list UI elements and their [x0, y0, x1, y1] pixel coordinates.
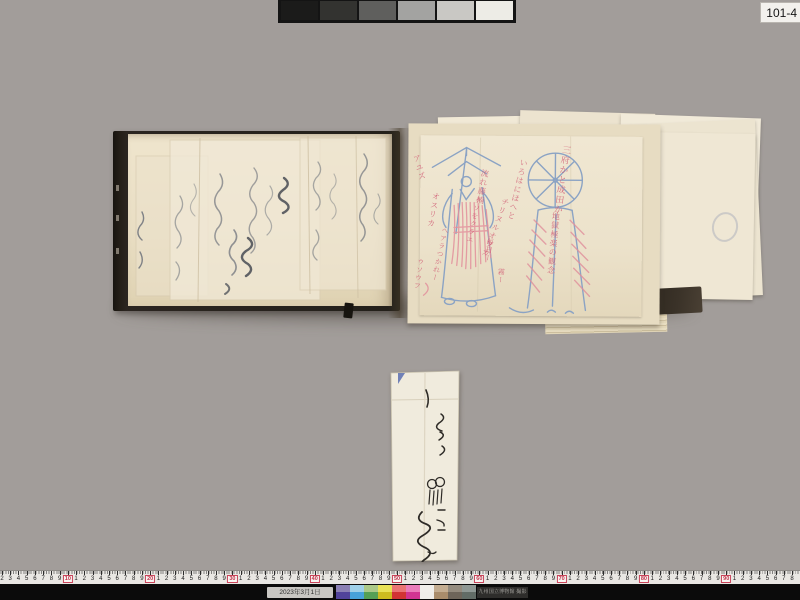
paper-slip [388, 370, 462, 562]
ruler-decade-number: 90 [721, 575, 731, 583]
ruler-number: 5 [272, 575, 275, 583]
ruler-number: 8 [544, 575, 547, 583]
ruler-number: 8 [50, 575, 53, 583]
binding-stitch [116, 215, 119, 221]
binding-stitch [116, 185, 119, 191]
ruler-number: 2 [576, 575, 579, 583]
catalog-number-label: 101-4 [760, 2, 800, 23]
ruler-number: 6 [692, 575, 695, 583]
gray-patch [359, 1, 396, 20]
color-patch-column [350, 585, 364, 599]
ruler-number: 5 [683, 575, 686, 583]
bottom-info-strip: 2023年3月1日 九州国立博物館 撮影 [0, 584, 800, 600]
ruler-number: 7 [535, 575, 538, 583]
ruler-number: 3 [420, 575, 423, 583]
ruler-number: 3 [667, 575, 670, 583]
ruler-number: 6 [609, 575, 612, 583]
ruler-number: 6 [527, 575, 530, 583]
ruler-decade-number: 10 [63, 575, 73, 583]
ruler-number: 9 [140, 575, 143, 583]
figure-sketches [419, 135, 642, 317]
drawing-sheet [419, 135, 642, 317]
ruler-number: 1 [650, 575, 653, 583]
color-patch-column [420, 585, 434, 599]
ruler-number: 8 [626, 575, 629, 583]
ruler-number: 1 [733, 575, 736, 583]
spine-clip [343, 303, 354, 319]
ruler-number: 5 [601, 575, 604, 583]
ruler-number: 6 [445, 575, 448, 583]
color-patch-column [378, 585, 392, 599]
ruler-decade-number: 70 [557, 575, 567, 583]
ruler-number: 4 [757, 575, 760, 583]
photograph-stage: 101-4 [0, 0, 800, 600]
ruler-number: 6 [280, 575, 283, 583]
ruler-number: 2 [741, 575, 744, 583]
ruler-number: 7 [453, 575, 456, 583]
ruler-number: 6 [33, 575, 36, 583]
ruler-number: 3 [502, 575, 505, 583]
ruler-number: 2 [0, 575, 3, 583]
figure-left [431, 147, 534, 312]
ruler-decade-number: 40 [310, 575, 320, 583]
ruler-number: 4 [17, 575, 20, 583]
ruler-number: 7 [782, 575, 785, 583]
binding-stitch [116, 248, 119, 254]
museum-credit-label: 九州国立博物館 撮影 [477, 587, 528, 598]
ruler-number: 2 [165, 575, 168, 583]
ruler-number: 5 [766, 575, 769, 583]
gray-patch [437, 1, 474, 20]
gray-patch [476, 1, 513, 20]
left-page [128, 134, 392, 306]
ruler-number: 3 [749, 575, 752, 583]
ruler-number: 2 [83, 575, 86, 583]
ruler-number: 4 [99, 575, 102, 583]
color-patch-column [434, 585, 448, 599]
ruler-decade-number: 30 [227, 575, 237, 583]
ruler-number: 7 [124, 575, 127, 583]
ruler-number: 6 [198, 575, 201, 583]
ruler-number: 1 [239, 575, 242, 583]
ruler-number: 8 [708, 575, 711, 583]
gray-patch [281, 1, 318, 20]
date-label: 2023年3月1日 [267, 587, 333, 598]
ruler-number: 4 [593, 575, 596, 583]
ruler-number: 4 [428, 575, 431, 583]
millimeter-ticks [0, 571, 800, 574]
ruler-number: 9 [387, 575, 390, 583]
ruler-number: 7 [288, 575, 291, 583]
color-patch-column [364, 585, 378, 599]
ruler-number: 1 [486, 575, 489, 583]
ruler-number: 2 [412, 575, 415, 583]
ruler-number: 7 [618, 575, 621, 583]
ruler-number: 9 [634, 575, 637, 583]
ruler-decade-number: 50 [392, 575, 402, 583]
ruler-decade-number: 60 [474, 575, 484, 583]
ruler-number: 9 [469, 575, 472, 583]
ruler-number: 2 [494, 575, 497, 583]
ruler-number: 1 [321, 575, 324, 583]
ruler-number: 7 [206, 575, 209, 583]
color-patch-column [406, 585, 420, 599]
ruler-number: 4 [181, 575, 184, 583]
ruler-number: 8 [461, 575, 464, 583]
ruler-decade-number: 80 [639, 575, 649, 583]
ruler-number: 4 [264, 575, 267, 583]
color-patch-column [462, 585, 476, 599]
ruler-number: 1 [404, 575, 407, 583]
ruler-number: 4 [346, 575, 349, 583]
color-calibration-bar [336, 585, 476, 599]
left-page-calligraphy [128, 134, 392, 306]
color-patch-column [336, 585, 350, 599]
ruler-number: 5 [519, 575, 522, 583]
ruler-number: 8 [790, 575, 793, 583]
ruler-number: 1 [568, 575, 571, 583]
ruler-number: 5 [25, 575, 28, 583]
ruler-number: 9 [305, 575, 308, 583]
ruler-number: 3 [255, 575, 258, 583]
figure-right [527, 153, 586, 313]
ruler-number: 1 [74, 575, 77, 583]
ruler-number: 3 [585, 575, 588, 583]
color-patch-column [392, 585, 406, 599]
scale-ruler: 2345678910123456789201234567893012345678… [0, 570, 800, 584]
ruler-number: 6 [116, 575, 119, 583]
ruler-number: 3 [9, 575, 12, 583]
ruler-number: 9 [58, 575, 61, 583]
ruler-number: 8 [379, 575, 382, 583]
ruler-number: 7 [371, 575, 374, 583]
color-patch-column [448, 585, 462, 599]
ruler-number: 5 [437, 575, 440, 583]
ruler-number: 9 [552, 575, 555, 583]
ruler-number: 2 [330, 575, 333, 583]
ruler-number: 9 [716, 575, 719, 583]
ruler-number: 6 [774, 575, 777, 583]
grayscale-calibration-bar [278, 0, 516, 23]
gray-patch [398, 1, 435, 20]
ruler-number: 5 [190, 575, 193, 583]
ruler-number: 4 [511, 575, 514, 583]
ruler-number: 8 [297, 575, 300, 583]
ruler-number: 9 [223, 575, 226, 583]
ruler-number: 2 [659, 575, 662, 583]
ruler-number: 7 [700, 575, 703, 583]
ruler-number: 5 [354, 575, 357, 583]
ruler-number: 5 [107, 575, 110, 583]
ruler-number: 1 [157, 575, 160, 583]
figure-left-stripes [424, 202, 492, 295]
ruler-number: 4 [675, 575, 678, 583]
ruler-number: 8 [132, 575, 135, 583]
ruler-number: 6 [362, 575, 365, 583]
ruler-number: 3 [173, 575, 176, 583]
ruler-number: 8 [214, 575, 217, 583]
ruler-number: 3 [91, 575, 94, 583]
ruler-number: 7 [41, 575, 44, 583]
gray-patch [320, 1, 357, 20]
ruler-decade-number: 20 [145, 575, 155, 583]
ruler-number: 2 [247, 575, 250, 583]
ruler-number: 3 [338, 575, 341, 583]
